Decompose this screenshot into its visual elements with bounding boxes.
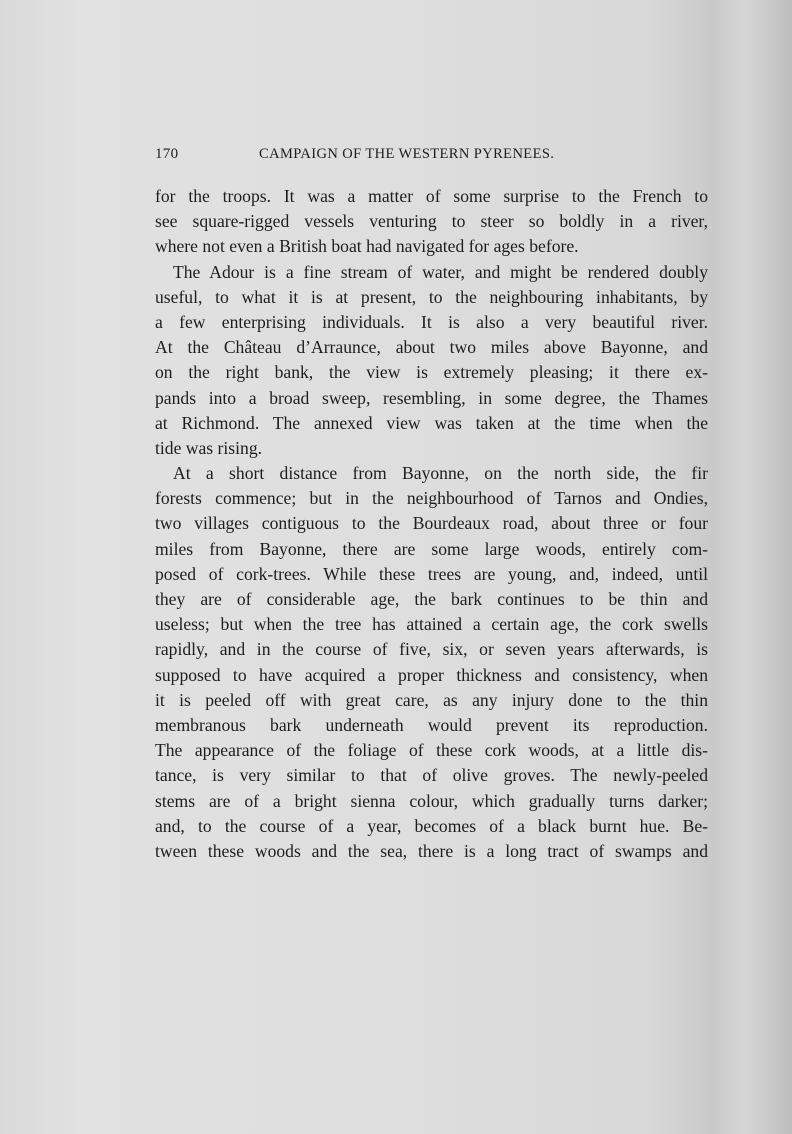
running-head: 170 CAMPAIGN OF THE WESTERN PYRENEES. xyxy=(155,146,715,168)
text-line: The appearance of the foliage of these c… xyxy=(155,738,708,763)
text-line: see square-rigged vessels venturing to s… xyxy=(155,209,708,234)
text-line: stems are of a bright sienna colour, whi… xyxy=(155,789,708,814)
body-text: for the troops. It was a matter of some … xyxy=(155,184,708,864)
page-number: 170 xyxy=(155,146,178,163)
text-line: on the right bank, the view is extremely… xyxy=(155,360,708,385)
text-line: a few enterprising individuals. It is al… xyxy=(155,310,708,335)
text-line: supposed to have acquired a proper thick… xyxy=(155,663,708,688)
text-line: posed of cork-trees. While these trees a… xyxy=(155,562,708,587)
text-line: at Richmond. The annexed view was taken … xyxy=(155,411,708,436)
text-line: tance, is very similar to that of olive … xyxy=(155,763,708,788)
text-line: where not even a British boat had naviga… xyxy=(155,234,708,259)
running-title: CAMPAIGN OF THE WESTERN PYRENEES. xyxy=(259,146,554,163)
text-line: they are of considerable age, the bark c… xyxy=(155,587,708,612)
text-line: At a short distance from Bayonne, on the… xyxy=(155,461,708,486)
text-line: and, to the course of a year, becomes of… xyxy=(155,814,708,839)
text-line: useless; but when the tree has attained … xyxy=(155,612,708,637)
text-line: tide was rising. xyxy=(155,436,708,461)
text-line: At the Château d’Arraunce, about two mil… xyxy=(155,335,708,360)
text-line: membranous bark underneath would prevent… xyxy=(155,713,708,738)
text-line: two villages contiguous to the Bourdeaux… xyxy=(155,511,708,536)
text-line: The Adour is a fine stream of water, and… xyxy=(155,260,708,285)
text-line: for the troops. It was a matter of some … xyxy=(155,184,708,209)
text-line: forests commence; but in the neighbourho… xyxy=(155,486,708,511)
text-line: useful, to what it is at present, to the… xyxy=(155,285,708,310)
book-page: 170 CAMPAIGN OF THE WESTERN PYRENEES. fo… xyxy=(0,0,792,1134)
text-line: it is peeled off with great care, as any… xyxy=(155,688,708,713)
text-line: pands into a broad sweep, resembling, in… xyxy=(155,386,708,411)
text-line: tween these woods and the sea, there is … xyxy=(155,839,708,864)
text-line: rapidly, and in the course of five, six,… xyxy=(155,637,708,662)
text-line: miles from Bayonne, there are some large… xyxy=(155,537,708,562)
